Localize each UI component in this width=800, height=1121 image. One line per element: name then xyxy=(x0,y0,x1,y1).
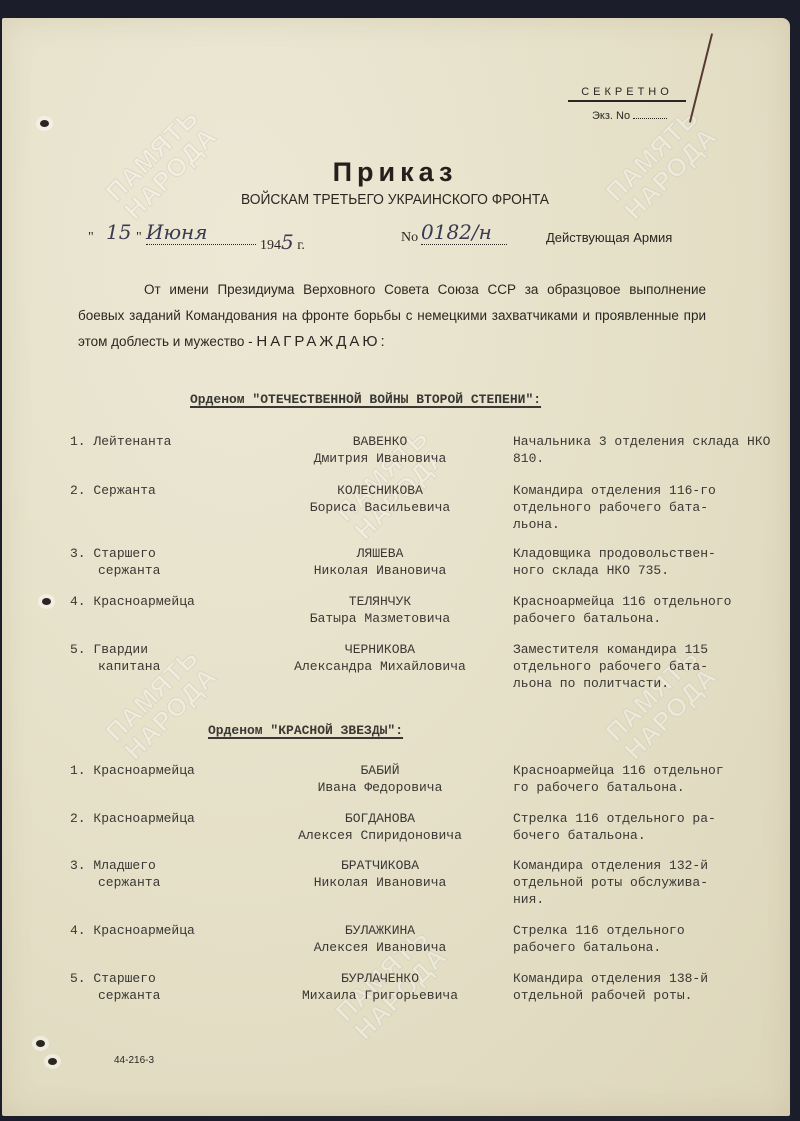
given-name: Дмитрия Ивановича xyxy=(314,451,447,466)
given-name: Михаила Григорьевича xyxy=(302,988,458,1003)
classification-stamp: СЕКРЕТНО xyxy=(568,86,686,102)
person: КОЛЕСНИКОВАБориса Васильевича xyxy=(250,482,510,516)
position: Стрелка 116 отдельного ра- бочего баталь… xyxy=(513,810,783,844)
given-name: Ивана Федоровича xyxy=(318,780,443,795)
rank: 3. Младшегосержанта xyxy=(70,857,240,891)
section-heading: Орденом "ОТЕЧЕСТВЕННОЙ ВОЙНЫ ВТОРОЙ СТЕП… xyxy=(190,392,541,407)
rank-line2: сержанта xyxy=(70,874,240,891)
position: Командира отделения 138-й отдельной рабо… xyxy=(513,970,783,1004)
person: ТЕЛЯНЧУКБатыра Мазметовича xyxy=(250,593,510,627)
entry-number: 5. xyxy=(70,971,86,986)
person: ЛЯШЕВАНиколая Ивановича xyxy=(250,545,510,579)
year-prefix: 194 xyxy=(260,238,281,253)
entry-number: 2. xyxy=(70,483,86,498)
quote-mark: " xyxy=(88,230,94,246)
given-name: Батыра Мазметовича xyxy=(310,611,450,626)
person: БУЛАЖКИНААлексея Ивановича xyxy=(250,922,510,956)
given-name: Николая Ивановича xyxy=(314,563,447,578)
rank-line1: Старшего xyxy=(93,971,155,986)
person: ЧЕРНИКОВААлександра Михайловича xyxy=(250,641,510,675)
given-name: Бориса Васильевича xyxy=(310,500,450,515)
rank-line1: Красноармейца xyxy=(93,763,194,778)
given-name: Александра Михайловича xyxy=(294,659,466,674)
surname: БОГДАНОВА xyxy=(250,810,510,827)
position: Заместителя командира 115 отдельного раб… xyxy=(513,641,783,692)
punch-hole xyxy=(48,1058,57,1065)
entry-number: 3. xyxy=(70,546,86,561)
position: Кладовщика продовольствен- ного склада Н… xyxy=(513,545,783,579)
person: БУРЛАЧЕНКОМихаила Григорьевича xyxy=(250,970,510,1004)
surname: ЧЕРНИКОВА xyxy=(250,641,510,658)
copy-number: Экз. No xyxy=(592,110,667,122)
location: Действующая Армия xyxy=(546,230,672,245)
rank: 1. Лейтенанта xyxy=(70,433,240,450)
section-heading: Орденом "КРАСНОЙ ЗВЕЗДЫ": xyxy=(208,723,403,738)
person: ВАВЕНКОДмитрия Ивановича xyxy=(250,433,510,467)
page-title: Приказ xyxy=(0,157,790,188)
surname: БАБИЙ xyxy=(250,762,510,779)
rank-line1: Старшего xyxy=(93,546,155,561)
surname: БУРЛАЧЕНКО xyxy=(250,970,510,987)
award-word: НАГРАЖДАЮ: xyxy=(256,333,387,350)
punch-hole xyxy=(40,120,49,127)
rank: 1. Красноармейца xyxy=(70,762,240,779)
rank: 4. Красноармейца xyxy=(70,922,240,939)
rank-line1: Младшего xyxy=(93,858,155,873)
rank: 4. Красноармейца xyxy=(70,593,240,610)
position: Начальника 3 отделения склада НКО 810. xyxy=(513,433,783,467)
date-line: " 15 " Июня 1945 г. No 0182/н Действующа… xyxy=(88,222,708,252)
entry-number: 1. xyxy=(70,763,86,778)
position: Командира отделения 116-го отдельного ра… xyxy=(513,482,783,533)
position: Стрелка 116 отдельного рабочего батальон… xyxy=(513,922,783,956)
position: Красноармейца 116 отдельног го рабочего … xyxy=(513,762,783,796)
rank-line1: Гвардии xyxy=(93,642,148,657)
rank: 5. Гвардиикапитана xyxy=(70,641,240,675)
entry-number: 4. xyxy=(70,923,86,938)
intro-text: От имени Президиума Верховного Совета Со… xyxy=(78,282,706,349)
person: БРАТЧИКОВАНиколая Ивановича xyxy=(250,857,510,891)
page-subtitle: ВОЙСКАМ ТРЕТЬЕГО УКРАИНСКОГО ФРОНТА xyxy=(32,191,759,208)
entry-number: 2. xyxy=(70,811,86,826)
copy-number-blank xyxy=(633,118,667,119)
quote-mark: " xyxy=(136,230,142,246)
rank-line2: сержанта xyxy=(70,987,240,1004)
person: БАБИЙИвана Федоровича xyxy=(250,762,510,796)
rank-line1: Лейтенанта xyxy=(93,434,171,449)
entry-number: 4. xyxy=(70,594,86,609)
surname: БРАТЧИКОВА xyxy=(250,857,510,874)
entry-number: 1. xyxy=(70,434,86,449)
rank-line1: Красноармейца xyxy=(93,923,194,938)
entry-number: 5. xyxy=(70,642,86,657)
copy-label: Экз. No xyxy=(592,110,630,122)
position: Командира отделения 132-й отдельной роты… xyxy=(513,857,783,908)
punch-hole xyxy=(42,598,51,605)
order-number-label: No xyxy=(401,230,418,246)
person: БОГДАНОВААлексея Спиридоновича xyxy=(250,810,510,844)
surname: ТЕЛЯНЧУК xyxy=(250,593,510,610)
intro-paragraph: От имени Президиума Верховного Совета Со… xyxy=(78,277,706,355)
year-suffix: г. xyxy=(297,238,305,253)
given-name: Алексея Спиридоновича xyxy=(298,828,462,843)
date-year: 1945 г. xyxy=(260,230,305,254)
date-day: 15 xyxy=(106,220,131,244)
surname: КОЛЕСНИКОВА xyxy=(250,482,510,499)
position: Красноармейца 116 отдельного рабочего ба… xyxy=(513,593,783,627)
form-code: 44-216-3 xyxy=(114,1055,154,1066)
rank-line2: капитана xyxy=(70,658,240,675)
surname: ЛЯШЕВА xyxy=(250,545,510,562)
surname: ВАВЕНКО xyxy=(250,433,510,450)
rank: 3. Старшегосержанта xyxy=(70,545,240,579)
order-number: 0182/н xyxy=(421,220,507,245)
rank: 2. Красноармейца xyxy=(70,810,240,827)
rank: 2. Сержанта xyxy=(70,482,240,499)
rank-line1: Сержанта xyxy=(93,483,155,498)
rank-line1: Красноармейца xyxy=(93,811,194,826)
given-name: Алексея Ивановича xyxy=(314,940,447,955)
punch-hole xyxy=(36,1040,45,1047)
rank-line2: сержанта xyxy=(70,562,240,579)
rank-line1: Красноармейца xyxy=(93,594,194,609)
surname: БУЛАЖКИНА xyxy=(250,922,510,939)
year-digit: 5 xyxy=(281,230,294,254)
rank: 5. Старшегосержанта xyxy=(70,970,240,1004)
entry-number: 3. xyxy=(70,858,86,873)
given-name: Николая Ивановича xyxy=(314,875,447,890)
date-month: Июня xyxy=(146,220,256,245)
